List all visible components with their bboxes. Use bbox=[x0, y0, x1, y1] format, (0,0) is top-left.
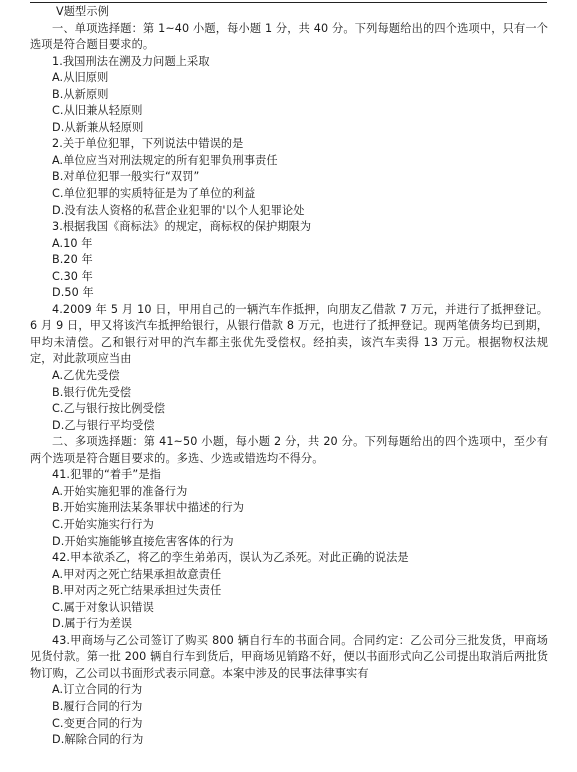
option-d: D.开始实施能够直接危害客体的行为 bbox=[30, 534, 548, 551]
option-a: A.单位应当对刑法规定的所有犯罪负刑事责任 bbox=[30, 153, 548, 170]
option-a: A.甲对丙之死亡结果承担故意责任 bbox=[30, 567, 548, 584]
option-c: C.单位犯罪的实质特征是为了单位的利益 bbox=[30, 186, 548, 203]
option-c: C.属于对象认识错误 bbox=[30, 600, 548, 617]
section-title: Ⅴ题型示例 bbox=[30, 4, 548, 21]
option-c: C.开始实施实行行为 bbox=[30, 517, 548, 534]
option-c: C.30 年 bbox=[30, 269, 548, 286]
document-body: Ⅴ题型示例 一、单项选择题：第 1~40 小题，每小题 1 分，共 40 分。下… bbox=[30, 4, 548, 749]
option-b: B.甲对丙之死亡结果承担过失责任 bbox=[30, 583, 548, 600]
option-b: B.开始实施刑法某条罪状中描述的行为 bbox=[30, 500, 548, 517]
option-b: B.从新原则 bbox=[30, 87, 548, 104]
option-a: A.开始实施犯罪的准备行为 bbox=[30, 484, 548, 501]
option-c: C.变更合同的行为 bbox=[30, 716, 548, 733]
question-stem: 41.犯罪的“着手”是指 bbox=[30, 467, 548, 484]
option-d: D.属于行为差误 bbox=[30, 616, 548, 633]
part1-instructions: 一、单项选择题：第 1~40 小题，每小题 1 分，共 40 分。下列每题给出的… bbox=[30, 21, 548, 54]
option-d: D.乙与银行平均受偿 bbox=[30, 418, 548, 435]
question-stem: 4.2009 年 5 月 10 日，甲用自己的一辆汽车作抵押，向朋友乙借款 7 … bbox=[30, 302, 548, 368]
option-c: C.从旧兼从轻原则 bbox=[30, 103, 548, 120]
option-d: D.从新兼从轻原则 bbox=[30, 120, 548, 137]
option-b: B.对单位犯罪一般实行“双罚” bbox=[30, 169, 548, 186]
option-a: A.乙优先受偿 bbox=[30, 368, 548, 385]
option-a: A.从旧原则 bbox=[30, 70, 548, 87]
option-a: A.订立合同的行为 bbox=[30, 682, 548, 699]
option-b: B.20 年 bbox=[30, 252, 548, 269]
option-b: B.履行合同的行为 bbox=[30, 699, 548, 716]
question-stem: 2.关于单位犯罪，下列说法中错误的是 bbox=[30, 136, 548, 153]
question-stem: 1.我国刑法在溯及力问题上采取 bbox=[30, 54, 548, 71]
part2-instructions: 二、多项选择题：第 41~50 小题，每小题 2 分，共 20 分。下列每题给出… bbox=[30, 434, 548, 467]
option-c: C.乙与银行按比例受偿 bbox=[30, 401, 548, 418]
option-d: D.50 年 bbox=[30, 285, 548, 302]
question-stem: 42.甲本欲杀乙，将乙的孪生弟弟丙，误认为乙杀死。对此正确的说法是 bbox=[30, 550, 548, 567]
question-stem: 43.甲商场与乙公司签订了购买 800 辆自行车的书面合同。合同约定：乙公司分三… bbox=[30, 633, 548, 683]
option-a: A.10 年 bbox=[30, 236, 548, 253]
option-d: D.解除合同的行为 bbox=[30, 732, 548, 749]
option-b: B.银行优先受偿 bbox=[30, 385, 548, 402]
option-d: D.没有法人资格的私营企业犯罪的'以个人犯罪论处 bbox=[30, 203, 548, 220]
question-stem: 3.根据我国《商标法》的规定，商标权的保护期限为 bbox=[30, 219, 548, 236]
header-rule bbox=[30, 2, 547, 3]
